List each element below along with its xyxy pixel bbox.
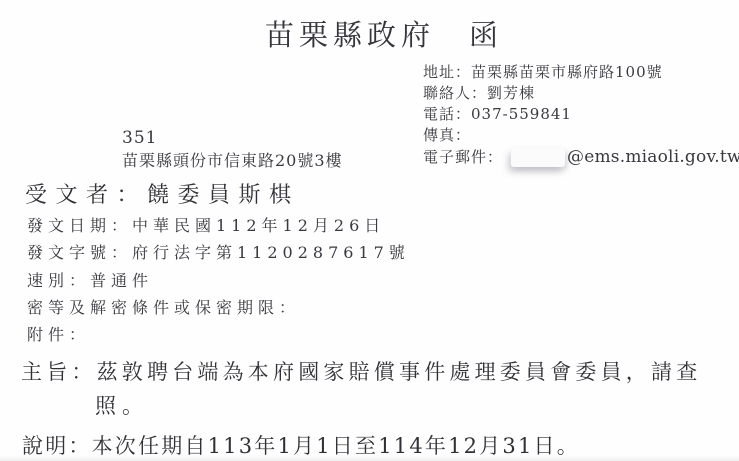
attachment-line: 附件：	[27, 322, 90, 345]
sender-contact-person: 聯絡人：劉芳棟	[423, 83, 739, 104]
scan-shadow-edge	[0, 455, 739, 461]
priority-line: 速別：普通件	[27, 268, 153, 291]
sender-email-domain: @ems.miaoli.gov.tw	[567, 147, 739, 168]
sender-contact-block: 地址：苗栗縣苗栗市縣府路100號 聯絡人：劉芳棟 電話：037-559841 傳…	[423, 62, 739, 168]
security-classification-line: 密等及解密條件或保密期限：	[27, 295, 300, 318]
sender-email-label: 電子郵件：	[423, 147, 503, 168]
scanned-official-letter: 苗栗縣政府 函 地址：苗栗縣苗栗市縣府路100號 聯絡人：劉芳棟 電話：037-…	[0, 0, 739, 461]
recipient-address: 苗栗縣頭份市信東路20號3樓	[122, 148, 343, 171]
sender-email-line: 電子郵件： @ems.miaoli.gov.tw	[423, 146, 739, 168]
recipient-postal-code: 351	[122, 128, 157, 148]
email-redaction-patch	[511, 148, 565, 167]
sender-phone: 電話：037-559841	[423, 104, 739, 125]
document-number-line: 發文字號：府行法字第1120287617號	[27, 240, 410, 263]
sender-fax: 傳真：	[423, 125, 739, 146]
issue-date-line: 發文日期：中華民國112年12月26日	[27, 213, 385, 236]
addressee-line: 受文者：饒委員斯棋	[25, 178, 300, 209]
subject-line-2: 照。	[95, 390, 149, 420]
sender-address: 地址：苗栗縣苗栗市縣府路100號	[423, 62, 739, 83]
document-title: 苗栗縣政府 函	[265, 13, 503, 54]
subject-line-1: 主旨：茲敦聘台端為本府國家賠償事件處理委員會委員，請查	[21, 356, 701, 386]
